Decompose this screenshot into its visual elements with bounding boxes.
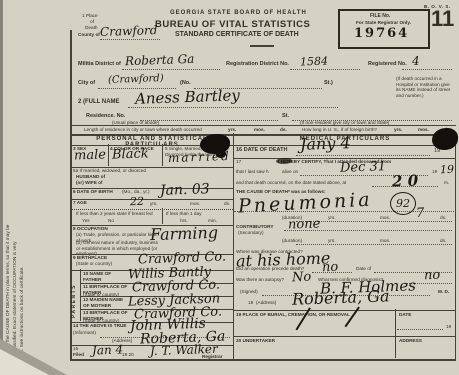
- registered-value: 4: [412, 54, 420, 68]
- form-number: 11: [431, 6, 454, 32]
- certify-no: 17: [236, 159, 241, 165]
- breastfed-label: If less than 2 years state if breast fed: [76, 211, 153, 217]
- length-label2: How long in U. S., if of foreign birth?: [302, 127, 377, 133]
- dod-value: Jany 4: [300, 133, 351, 154]
- husband-label: HUSBAND of: [76, 174, 105, 180]
- file-number-box: FILE No. For State Registrar Only. 19764: [338, 9, 430, 49]
- city-st-label: St.): [324, 80, 333, 87]
- ink-blot-dod: [432, 128, 458, 150]
- undertaker-label: 20 UNDERTAKER: [236, 338, 275, 344]
- mother-name-label: 12 MAIDEN NAME OF MOTHER: [83, 297, 129, 308]
- place-line1: 1 Place: [82, 13, 98, 19]
- burial-date-line: [397, 328, 443, 330]
- death-line: and that death occurred, on the date sta…: [236, 180, 346, 186]
- residence-label: Residence. No.: [86, 113, 125, 120]
- birthplace-sub: (State or country): [76, 261, 112, 267]
- lastsaw-pre: that I last saw h: [236, 169, 269, 175]
- cause-code: 92: [390, 192, 416, 215]
- length-row-topline: [70, 124, 456, 126]
- lastsaw-year-printed: 19: [432, 169, 437, 175]
- length-ds1: ds.: [280, 127, 287, 133]
- burial-date-label: DATE: [399, 312, 411, 318]
- burial-label: 19 PLACE OF BURIAL, CREMATION, OR REMOVA…: [236, 312, 350, 318]
- city-label: City of: [78, 80, 95, 87]
- occupation-value: Farming: [150, 223, 219, 244]
- reg-district-label: Registration District No.: [226, 61, 289, 68]
- place-line3: Death: [85, 25, 98, 31]
- place-line2: of: [90, 19, 94, 25]
- age-ds: ds.: [224, 201, 230, 207]
- contributory-line: [284, 229, 452, 231]
- file-box-title: FILE No.: [370, 13, 390, 19]
- length-mos1: mos.: [254, 127, 265, 133]
- residence-line1: [140, 119, 278, 121]
- color-value: Black: [112, 146, 149, 162]
- med-row-line-2: [233, 309, 456, 311]
- duration2-line: [296, 243, 452, 245]
- above-true-label: 14 THE ABOVE IS TRUE: [73, 323, 126, 329]
- physician-address-label: (Address): [256, 300, 276, 306]
- age-yrs: yrs.: [150, 201, 158, 207]
- ink-blot-status-satellite: [216, 150, 226, 158]
- burial-date-divider: [395, 309, 397, 335]
- county-label: County of: [78, 32, 100, 38]
- registered-label: Registered No.: [368, 61, 407, 68]
- informant-label: (Informant): [73, 330, 96, 336]
- death-time-value: 2 0: [392, 172, 419, 191]
- dod-label: 16 DATE OF DEATH: [236, 147, 287, 154]
- full-name-label: 2 (FULL NAME: [78, 99, 120, 106]
- militia-label: Militia District of: [78, 61, 121, 68]
- signed-label: (Signed): [240, 289, 258, 295]
- lastsaw-year-hw: 19: [440, 163, 454, 176]
- undertaker-address-divider: [395, 335, 397, 358]
- m-label: m.: [444, 180, 449, 186]
- physician-address-no: 18: [248, 300, 253, 306]
- county-value: Crawford: [100, 23, 158, 39]
- father-name-label: 10 NAME OF FATHER: [83, 271, 125, 282]
- md-label: M. D.: [438, 289, 449, 295]
- autopsy-label: Was there an autopsy?: [236, 277, 284, 283]
- table-bottom-border: [70, 358, 456, 361]
- length-yrs1: yrs.: [228, 127, 236, 133]
- married-label: 5a If married, widowed, or divorced: [73, 168, 146, 174]
- filed-label: Filed: [73, 352, 84, 358]
- duration1-ds-value: 7: [416, 206, 425, 221]
- residence-st-label: St.: [282, 113, 289, 120]
- militia-line: [122, 68, 220, 70]
- undertaker-address-label: ADDRESS: [399, 338, 422, 344]
- age-underline: [70, 208, 233, 210]
- registered-line: [402, 68, 452, 70]
- header-rule: [250, 44, 274, 47]
- contributory-sub: (Secondary): [238, 230, 264, 236]
- age-label: 7 AGE: [73, 200, 87, 206]
- death-certificate-scan: N. B.—State the CAUSE OF DEATH in plain …: [0, 0, 459, 375]
- lessday-label: If less than 1 day: [166, 211, 201, 217]
- lastsaw-value: Dec 31: [340, 159, 387, 176]
- bureau-title: BUREAU OF VITAL STATISTICS: [155, 19, 310, 30]
- lastsaw-post: alive on: [282, 169, 298, 175]
- color-status-divider: [162, 144, 164, 166]
- occupation-label: 8 OCCUPATION: [73, 226, 108, 232]
- autopsy-value: No: [292, 270, 312, 286]
- age-sub-divider: [162, 208, 164, 224]
- sex-value: male: [74, 147, 106, 163]
- length-mos2: mos.: [418, 127, 429, 133]
- age-value: 22: [130, 195, 144, 208]
- city-value: (Crawford): [108, 73, 164, 86]
- length-yrs2: yrs.: [394, 127, 402, 133]
- dod-line: [296, 154, 430, 156]
- hospital-note: (If death occurred in a Hospital or Inst…: [396, 76, 454, 99]
- dob-value: Jan. 03: [160, 181, 210, 199]
- full-name-value: Aness Bartley: [135, 86, 240, 108]
- lessday-hrs: hrs.: [180, 218, 188, 224]
- dob-sub: (Mo., da., yr.): [122, 189, 150, 195]
- column-divider: [233, 133, 235, 360]
- file-box-subtitle: For State Registrar Only.: [356, 20, 411, 26]
- parents-label: PARENTS: [71, 284, 77, 318]
- dateof-label: Date of: [356, 266, 371, 272]
- physician-address-value: Roberta, Ga: [292, 286, 390, 308]
- file-number-value: 19764: [354, 26, 409, 41]
- birthplace-label: 9 BIRTHPLACE: [73, 255, 107, 261]
- contributory-label: CONTRIBUTORY: [236, 224, 274, 230]
- form-right-border: [455, 133, 457, 360]
- scan-edge: [0, 0, 3, 375]
- operation-value: no: [322, 260, 339, 276]
- dateof-line: [374, 271, 452, 273]
- reg-district-value: 1584: [300, 55, 328, 69]
- test-value: no: [424, 268, 441, 284]
- ink-smudge-certify: [276, 158, 292, 164]
- wife-label: (or) WIFE of: [76, 180, 103, 186]
- filed-no: 15: [73, 346, 78, 352]
- certificate-title: STANDARD CERTIFICATE OF DEATH: [175, 31, 299, 39]
- militia-value: Roberta Ga: [125, 52, 195, 68]
- breastfed-no: No: [108, 218, 114, 224]
- breastfed-yes: Yes: [82, 218, 90, 224]
- registrar-label: Registrar: [202, 354, 223, 360]
- filed-year: 19 20: [122, 352, 134, 358]
- filed-date-value: Jan 4: [92, 342, 124, 357]
- board-title: GEORGIA STATE BOARD OF HEALTH: [170, 10, 307, 17]
- med-row-line-3: [233, 335, 456, 337]
- burial-date-year: 19: [446, 324, 451, 330]
- length-label1: Length of residence in city or town wher…: [84, 127, 202, 133]
- dob-label: 6 DATE OF BIRTH: [73, 189, 113, 195]
- age-mos: mos.: [190, 201, 200, 207]
- row-line-3: [70, 198, 233, 200]
- city-no-label: (No.: [180, 80, 191, 87]
